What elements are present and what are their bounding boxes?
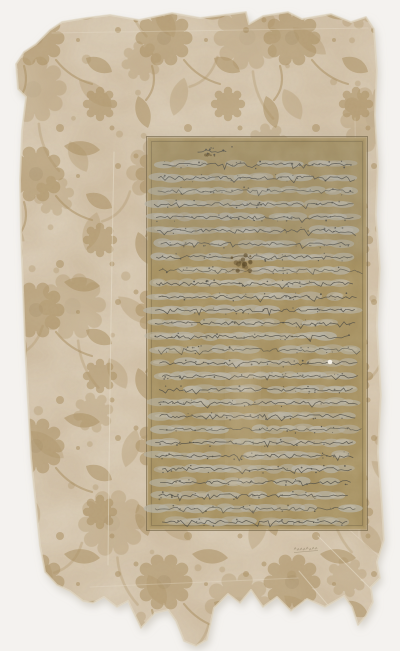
text-panel <box>143 137 368 531</box>
manuscript-folio <box>0 0 400 651</box>
faded-streak <box>228 350 258 490</box>
photo-backdrop <box>0 0 400 651</box>
white-fleck <box>328 360 333 365</box>
tarnish-tint <box>147 137 367 257</box>
